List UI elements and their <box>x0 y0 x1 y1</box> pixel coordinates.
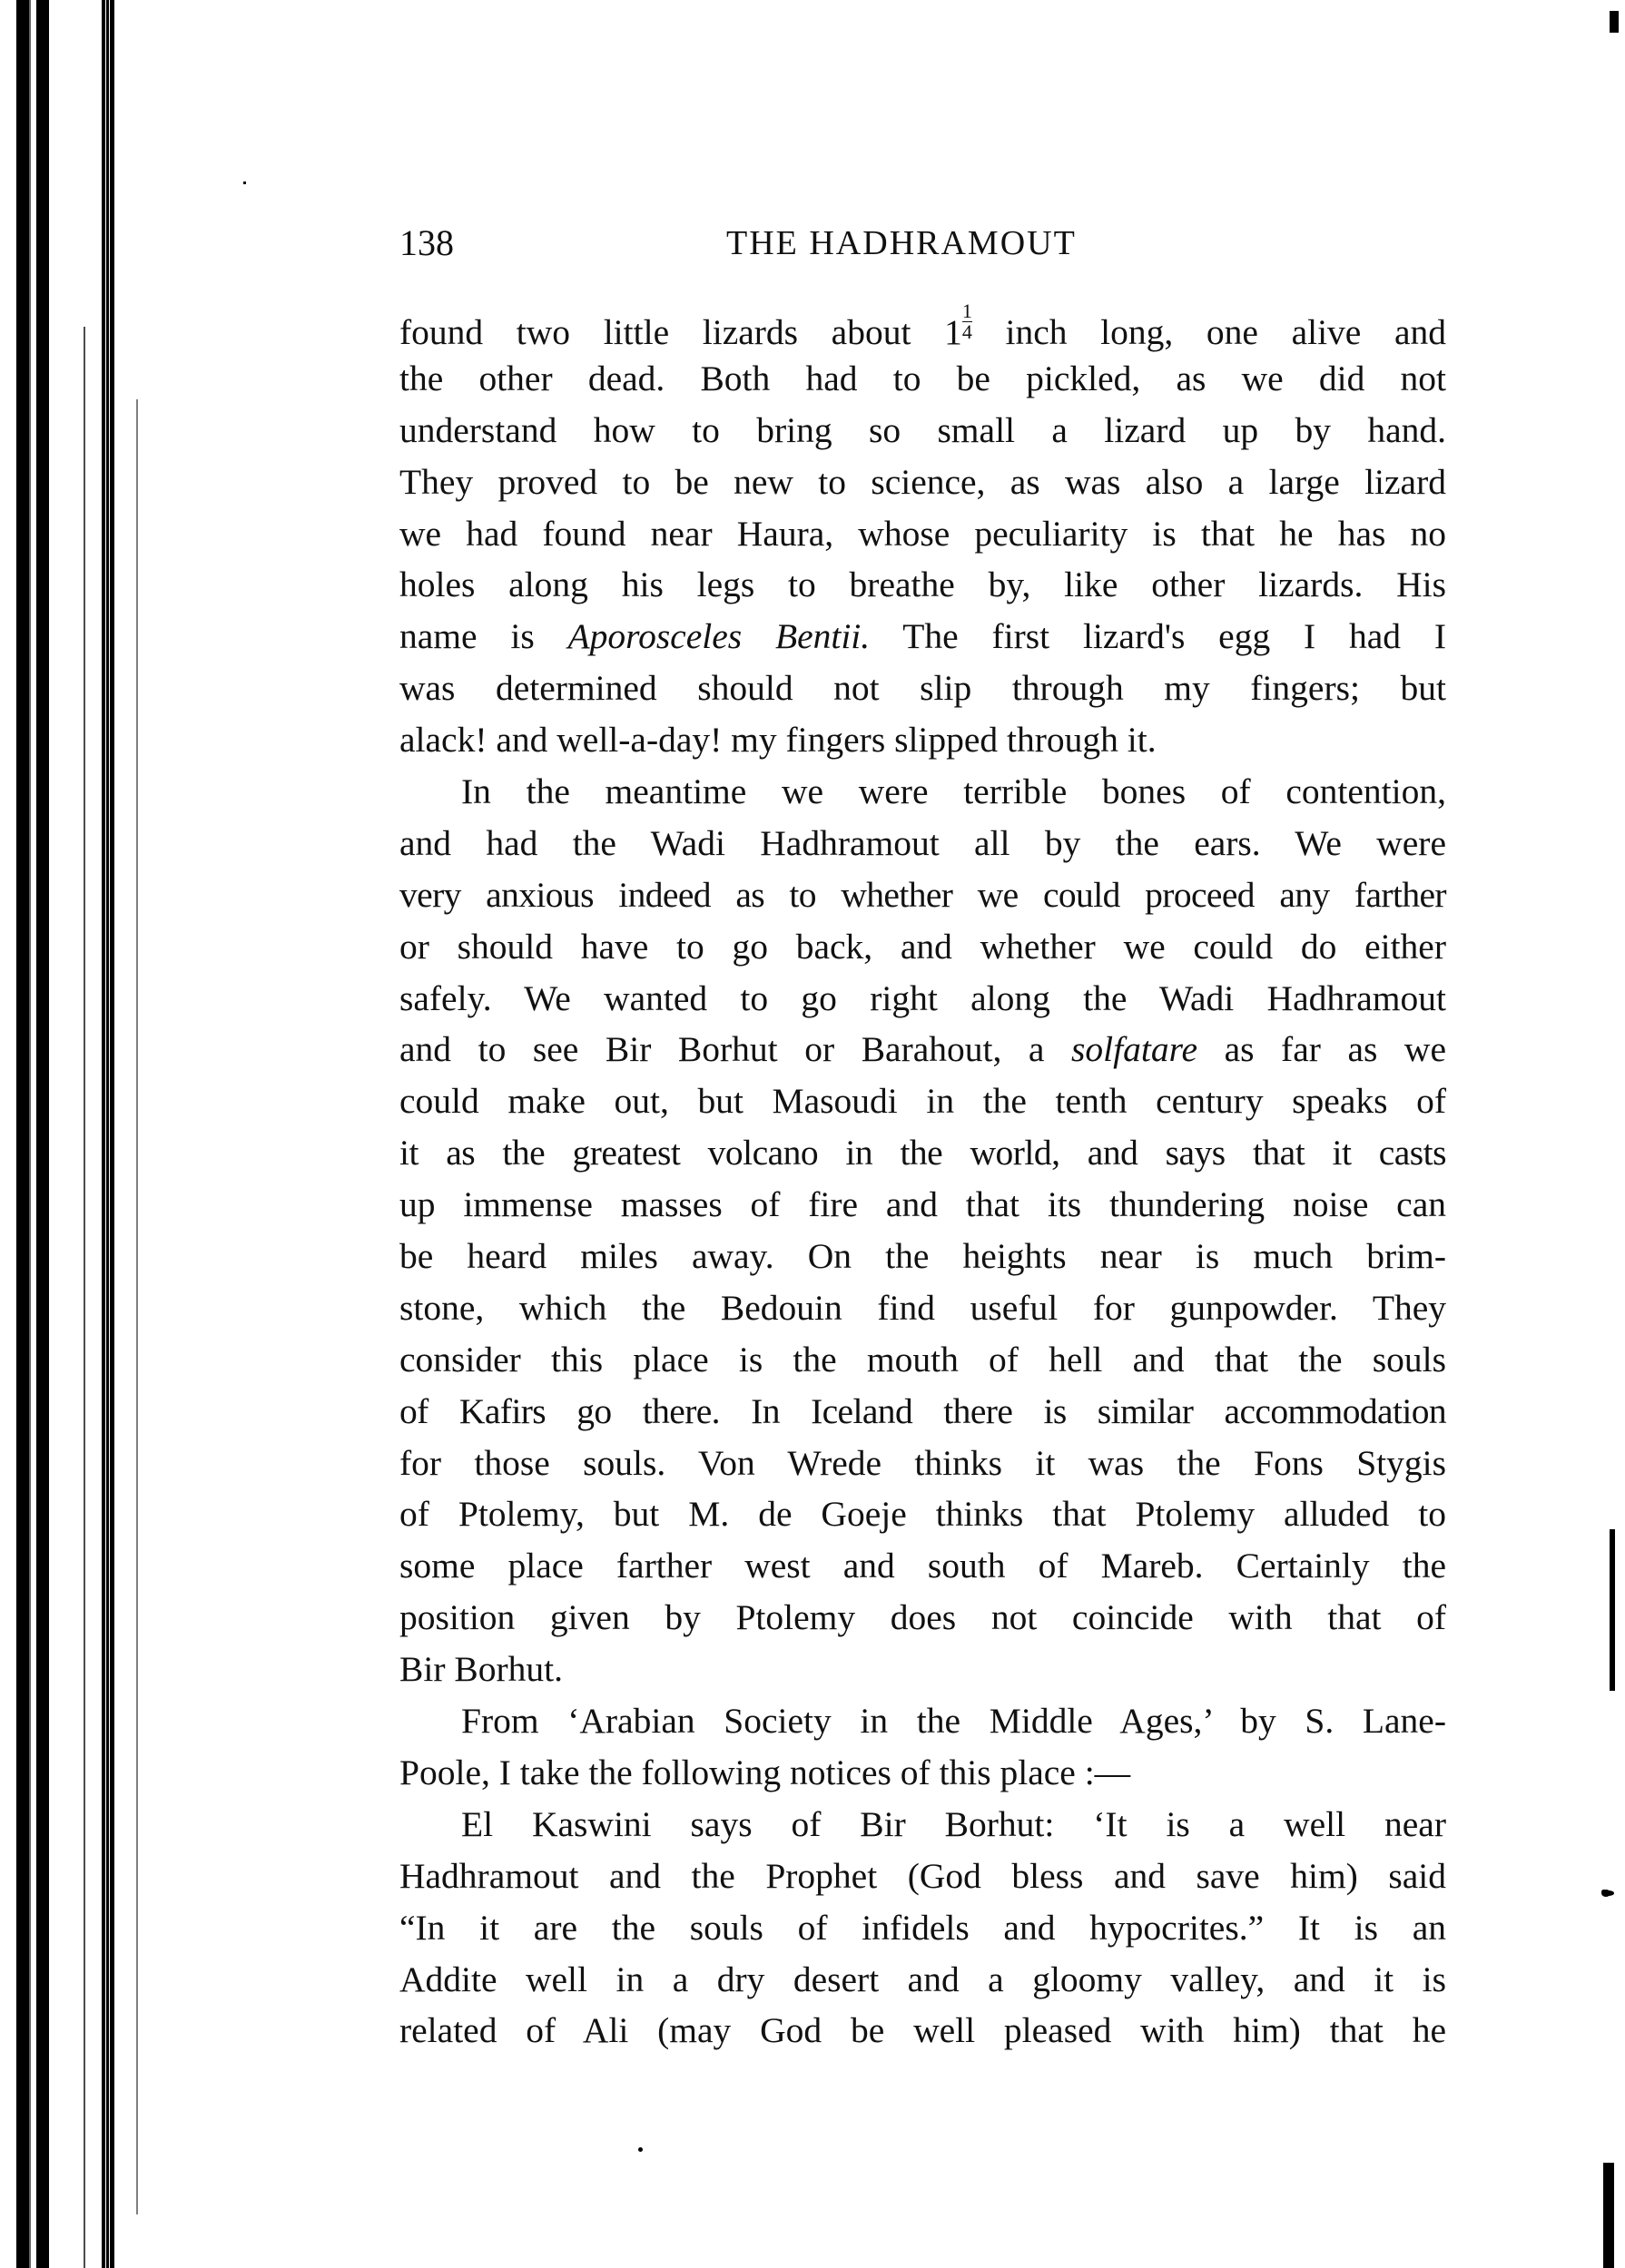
text-line: or should have to go back, and whether w… <box>399 921 1446 973</box>
text-line: They proved to be new to science, as was… <box>399 457 1446 508</box>
text-line: and to see Bir Borhut or Barahout, a sol… <box>399 1024 1446 1075</box>
binding-edge-bar <box>106 0 109 2268</box>
text-line: found two little lizards about 114 inch … <box>399 301 1446 353</box>
text-line: El Kaswini says of Bir Borhut: ‘It is a … <box>399 1799 1446 1851</box>
text-line: In the meantime we were terrible bones o… <box>399 766 1446 818</box>
text-line: consider this place is the mouth of hell… <box>399 1334 1446 1386</box>
text-run: inch long, one alive and <box>972 312 1446 352</box>
body-text: found two little lizards about 114 inch … <box>399 301 1446 2057</box>
species-name-italic: Aporosceles Bentii. <box>568 616 871 656</box>
text-line: we had found near Haura, whose peculiari… <box>399 508 1446 560</box>
fraction-numerator: 1 <box>962 301 972 322</box>
binding-edge-bar <box>110 0 114 2268</box>
text-line: understand how to bring so small a lizar… <box>399 405 1446 457</box>
running-title: THE HADHRAMOUT <box>726 223 1077 263</box>
paragraph: El Kaswini says of Bir Borhut: ‘It is a … <box>399 1799 1446 2057</box>
text-run: name is <box>399 616 568 656</box>
text-run: The first lizard's egg I had I <box>870 616 1446 656</box>
page-number: 138 <box>399 223 454 263</box>
text-line: of Kafirs go there. In Iceland there is … <box>399 1386 1446 1438</box>
text-line: for those souls. Von Wrede thinks it was… <box>399 1438 1446 1489</box>
binding-edge-line <box>84 327 85 2268</box>
fraction-denominator: 4 <box>962 322 972 342</box>
scan-mark <box>1610 11 1619 33</box>
term-italic: solfatare <box>1071 1029 1197 1069</box>
text-line: Bir Borhut. <box>399 1644 1446 1695</box>
text-line: From ‘Arabian Society in the Middle Ages… <box>399 1695 1446 1747</box>
scan-mark <box>1601 1890 1610 1897</box>
text-line: holes along his legs to breathe by, like… <box>399 559 1446 611</box>
scanned-book-page: 138 THE HADHRAMOUT found two little liza… <box>0 0 1625 2268</box>
paragraph: From ‘Arabian Society in the Middle Ages… <box>399 1695 1446 1799</box>
paragraph: In the meantime we were terrible bones o… <box>399 766 1446 1695</box>
text-line: “In it are the souls of infidels and hyp… <box>399 1902 1446 1954</box>
text-line: was determined should not slip through m… <box>399 663 1446 714</box>
text-line: Addite well in a dry desert and a gloomy… <box>399 1954 1446 2006</box>
text-line: Poole, I take the following notices of t… <box>399 1747 1446 1799</box>
text-run: and to see Bir Borhut or Barahout, a <box>399 1029 1071 1069</box>
scan-mark <box>243 182 246 184</box>
binding-edge-bar <box>36 0 49 2268</box>
binding-edge-line <box>136 399 138 2214</box>
scan-mark <box>1610 1529 1615 1691</box>
text-line: the other dead. Both had to be pickled, … <box>399 353 1446 405</box>
text-run: as far as we <box>1197 1029 1446 1069</box>
text-line: safely. We wanted to go right along the … <box>399 973 1446 1025</box>
text-line: up immense masses of fire and that its t… <box>399 1179 1446 1231</box>
scan-mark <box>1603 2163 1614 2268</box>
fraction: 14 <box>962 301 972 342</box>
fraction-whole: 1 <box>944 312 962 352</box>
text-line: it as the greatest volcano in the world,… <box>399 1127 1446 1179</box>
text-line: position given by Ptolemy does not coinc… <box>399 1592 1446 1644</box>
scan-mark <box>638 2147 643 2152</box>
binding-edge-bar <box>27 0 31 2268</box>
text-line: name is Aporosceles Bentii. The first li… <box>399 611 1446 663</box>
text-line: and had the Wadi Hadhramout all by the e… <box>399 818 1446 869</box>
text-line: some place farther west and south of Mar… <box>399 1540 1446 1592</box>
text-line: could make out, but Masoudi in the tenth… <box>399 1075 1446 1127</box>
running-head: 138 THE HADHRAMOUT <box>399 223 1446 263</box>
text-line: stone, which the Bedouin find useful for… <box>399 1282 1446 1334</box>
text-line: Hadhramout and the Prophet (God bless an… <box>399 1851 1446 1902</box>
text-line: be heard miles away. On the heights near… <box>399 1231 1446 1282</box>
paragraph: found two little lizards about 114 inch … <box>399 301 1446 766</box>
text-line: related of Ali (may God be well pleased … <box>399 2005 1446 2057</box>
text-line: very anxious indeed as to whether we cou… <box>399 869 1446 921</box>
text-run: found two little lizards about <box>399 312 944 352</box>
text-line: alack! and well-a-day! my fingers slippe… <box>399 714 1446 766</box>
binding-edge-bar <box>102 0 105 2268</box>
text-line: of Ptolemy, but M. de Goeje thinks that … <box>399 1488 1446 1540</box>
